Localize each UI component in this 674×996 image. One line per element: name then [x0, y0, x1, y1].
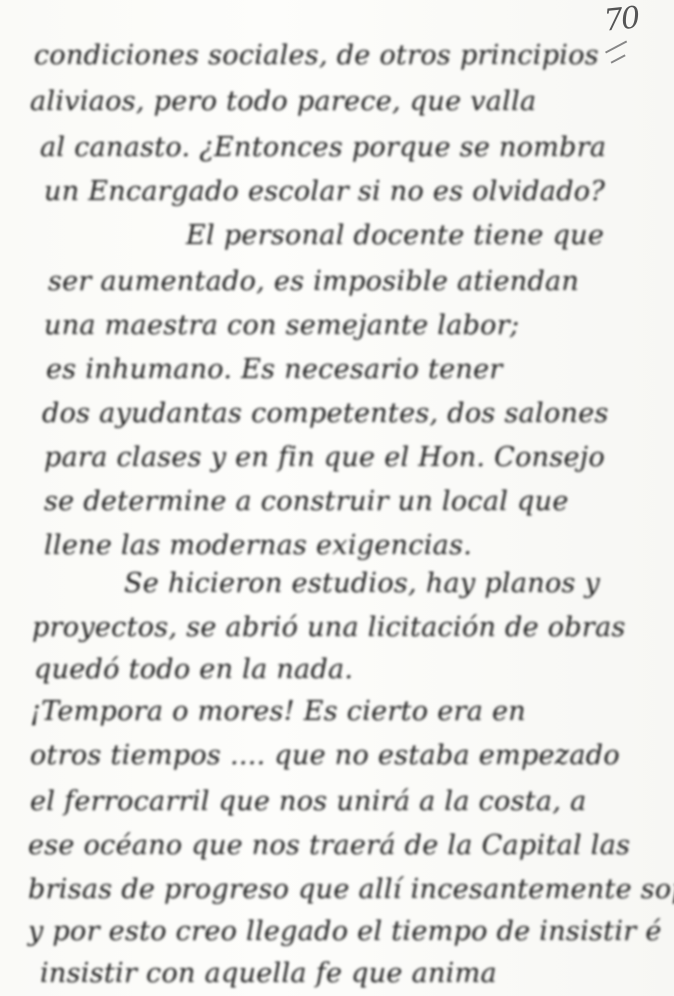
- text-line: dos ayudantas competentes, dos salones: [42, 398, 609, 429]
- text-line: proyectos, se abrió una licitación de ob…: [32, 612, 626, 643]
- text-line: llene las modernas exigencias.: [44, 530, 472, 561]
- text-line: quedó todo en la nada.: [34, 654, 353, 685]
- text-line: una maestra con semejante labor;: [44, 310, 519, 341]
- text-line: un Encargado escolar si no es olvidado?: [44, 176, 605, 207]
- manuscript-page: 70 condiciones sociales, de otros princi…: [0, 0, 674, 996]
- folio-marks: [600, 38, 634, 66]
- text-line: el ferrocarril que nos unirá a la costa,…: [30, 786, 586, 817]
- text-line: para clases y en fin que el Hon. Consejo: [44, 442, 605, 473]
- text-line: ese océano que nos traerá de la Capital …: [28, 830, 630, 861]
- folio-number: 70: [602, 0, 640, 38]
- text-line: se determine a construir un local que: [44, 486, 569, 517]
- text-line: Se hicieron estudios, hay planos y: [124, 568, 600, 599]
- text-line: es inhumano. Es necesario tener: [46, 354, 503, 385]
- text-line: aliviaos, pero todo parece, que valla: [30, 86, 536, 117]
- text-line: insistir con aquella fe que anima: [40, 958, 497, 989]
- text-line: ser aumentado, es imposible atiendan: [48, 266, 579, 297]
- text-line: El personal docente tiene que: [186, 220, 604, 251]
- text-line: y por esto creo llegado el tiempo de ins…: [28, 916, 662, 947]
- text-line: ¡Tempora o mores! Es cierto era en: [30, 696, 526, 727]
- text-line: otros tiempos .... que no estaba empezad…: [30, 740, 620, 771]
- text-line: al canasto. ¿Entonces porque se nombra: [40, 132, 606, 163]
- text-line: brisas de progreso que allí incesantemen…: [28, 874, 674, 905]
- text-line: condiciones sociales, de otros principio…: [34, 40, 599, 71]
